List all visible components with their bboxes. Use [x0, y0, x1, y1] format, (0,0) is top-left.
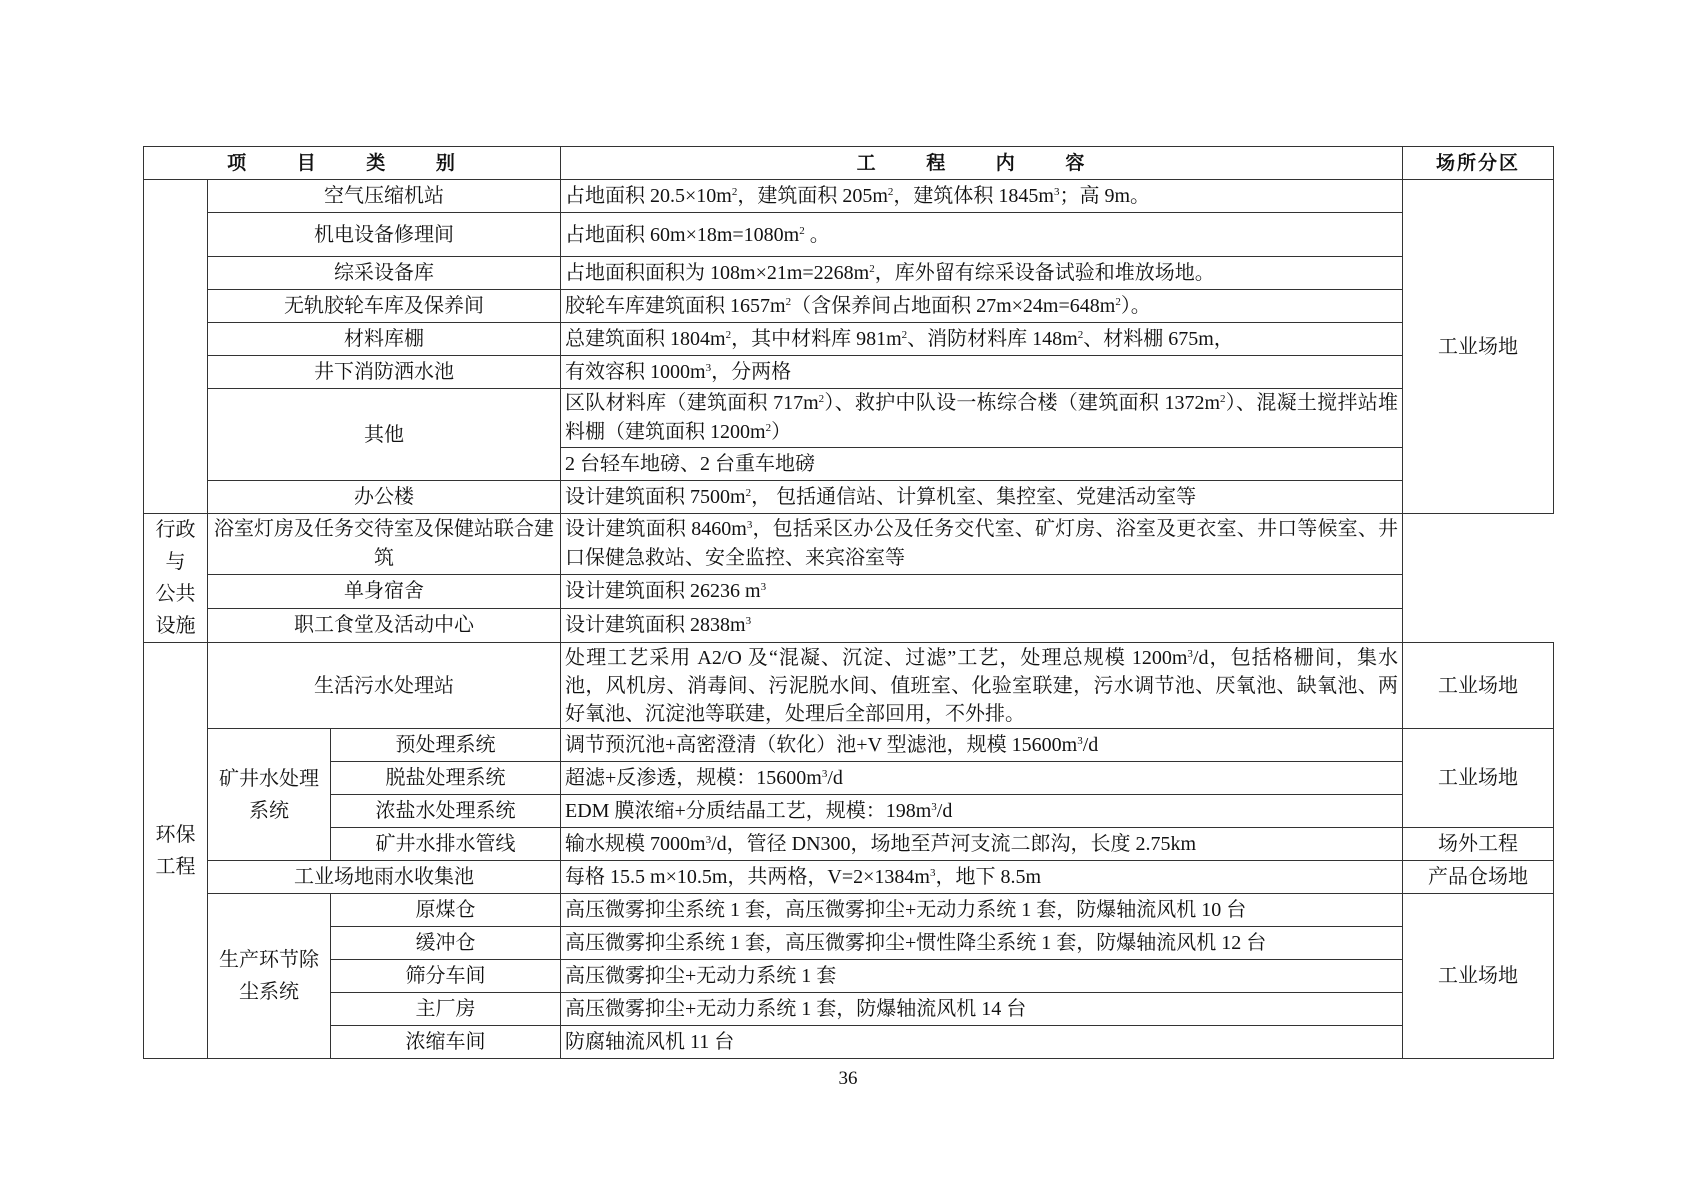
item-name: 主厂房 [331, 993, 561, 1026]
item-content: 输水规模 7000m3/d，管径 DN300，场地至芦河支流二郎沟，长度 2.7… [561, 828, 1403, 861]
item-name: 职工食堂及活动中心 [208, 608, 561, 642]
item-content: 高压微雾抑尘+无动力系统 1 套 [561, 960, 1403, 993]
item-name: 综采设备库 [208, 257, 561, 290]
item-name: 单身宿舍 [208, 574, 561, 608]
item-name: 机电设备修理间 [208, 213, 561, 257]
table-row: 其他 区队材料库（建筑面积 717m2）、救护中队设一栋综合楼（建筑面积 137… [144, 389, 1554, 448]
table-row: 筛分车间 高压微雾抑尘+无动力系统 1 套 [144, 960, 1554, 993]
item-content: 高压微雾抑尘系统 1 套，高压微雾抑尘+无动力系统 1 套，防爆轴流风机 10 … [561, 894, 1403, 927]
item-content: 处理工艺采用 A2/O 及“混凝、沉淀、过滤”工艺，处理总规模 1200m3/d… [561, 643, 1403, 729]
item-content: EDM 膜浓缩+分质结晶工艺，规模：198m3/d [561, 795, 1403, 828]
item-name: 预处理系统 [331, 729, 561, 762]
item-content: 占地面积 20.5×10m2，建筑面积 205m2，建筑体积 1845m3；高 … [561, 180, 1403, 213]
table-row: 脱盐处理系统 超滤+反渗透，规模：15600m3/d [144, 762, 1554, 795]
table-row: 单身宿舍 设计建筑面积 26236 m3 [144, 574, 1554, 608]
item-content: 设计建筑面积 8460m3，包括采区办公及任务交代室、矿灯房、浴室及更衣室、井口… [561, 514, 1403, 575]
item-content: 高压微雾抑尘系统 1 套，高压微雾抑尘+惯性降尘系统 1 套，防爆轴流风机 12… [561, 927, 1403, 960]
table-row: 工业场地雨水收集池 每格 15.5 m×10.5m，共两格，V=2×1384m3… [144, 861, 1554, 894]
item-name: 空气压缩机站 [208, 180, 561, 213]
item-name: 井下消防洒水池 [208, 356, 561, 389]
item-content: 占地面积 60m×18m=1080m2 。 [561, 213, 1403, 257]
category-cell-blank [144, 180, 208, 514]
category-env: 环保工程 [144, 643, 208, 1059]
header-category: 项 目 类 别 [144, 147, 561, 180]
item-content: 总建筑面积 1804m2，其中材料库 981m2、消防材料库 148m2、材料棚… [561, 323, 1403, 356]
project-composition-table: 项 目 类 别 工 程 内 容 场所分区 空气压缩机站 占地面积 20.5×10… [143, 146, 1554, 1059]
item-content: 设计建筑面积 7500m2， 包括通信站、计算机室、集控室、党建活动室等 [561, 481, 1403, 514]
item-name: 办公楼 [208, 481, 561, 514]
zone-cell: 工业场地 [1403, 729, 1554, 828]
table-header-row: 项 目 类 别 工 程 内 容 场所分区 [144, 147, 1554, 180]
zone-cell: 工业场地 [1403, 180, 1554, 514]
zone-cell: 工业场地 [1403, 643, 1554, 729]
item-name: 生活污水处理站 [208, 643, 561, 729]
table-row: 浓盐水处理系统 EDM 膜浓缩+分质结晶工艺，规模：198m3/d [144, 795, 1554, 828]
table-row: 机电设备修理间 占地面积 60m×18m=1080m2 。 [144, 213, 1554, 257]
table-row: 生产环节除尘系统 原煤仓 高压微雾抑尘系统 1 套，高压微雾抑尘+无动力系统 1… [144, 894, 1554, 927]
item-name: 矿井水排水管线 [331, 828, 561, 861]
item-content: 每格 15.5 m×10.5m，共两格，V=2×1384m3，地下 8.5m [561, 861, 1403, 894]
item-name: 材料库棚 [208, 323, 561, 356]
document-page: 项 目 类 别 工 程 内 容 场所分区 空气压缩机站 占地面积 20.5×10… [0, 0, 1696, 1199]
item-name: 浓缩车间 [331, 1026, 561, 1059]
item-name: 缓冲仓 [331, 927, 561, 960]
item-content: 区队材料库（建筑面积 717m2）、救护中队设一栋综合楼（建筑面积 1372m2… [561, 389, 1403, 448]
item-content: 超滤+反渗透，规模：15600m3/d [561, 762, 1403, 795]
table-row: 行政与公共设施 浴室灯房及任务交待室及保健站联合建筑 设计建筑面积 8460m3… [144, 514, 1554, 575]
item-content: 设计建筑面积 2838m3 [561, 608, 1403, 642]
table-row: 矿井水排水管线 输水规模 7000m3/d，管径 DN300，场地至芦河支流二郎… [144, 828, 1554, 861]
item-name: 无轨胶轮车库及保养间 [208, 290, 561, 323]
item-name: 脱盐处理系统 [331, 762, 561, 795]
group-dust: 生产环节除尘系统 [208, 894, 331, 1059]
category-admin: 行政与公共设施 [144, 514, 208, 643]
table-row: 缓冲仓 高压微雾抑尘系统 1 套，高压微雾抑尘+惯性降尘系统 1 套，防爆轴流风… [144, 927, 1554, 960]
zone-cell: 场外工程 [1403, 828, 1554, 861]
item-content: 胶轮车库建筑面积 1657m2（含保养间占地面积 27m×24m=648m2）。 [561, 290, 1403, 323]
table-row: 浓缩车间 防腐轴流风机 11 台 [144, 1026, 1554, 1059]
table-row: 环保工程 生活污水处理站 处理工艺采用 A2/O 及“混凝、沉淀、过滤”工艺，处… [144, 643, 1554, 729]
table-row: 井下消防洒水池 有效容积 1000m3，分两格 [144, 356, 1554, 389]
table-row: 职工食堂及活动中心 设计建筑面积 2838m3 [144, 608, 1554, 642]
item-content: 2 台轻车地磅、2 台重车地磅 [561, 448, 1403, 481]
table-row: 矿井水处理系统 预处理系统 调节预沉池+高密澄清（软化）池+V 型滤池，规模 1… [144, 729, 1554, 762]
item-name: 浓盐水处理系统 [331, 795, 561, 828]
item-content: 防腐轴流风机 11 台 [561, 1026, 1403, 1059]
zone-cell: 工业场地 [1403, 894, 1554, 1059]
table-row: 材料库棚 总建筑面积 1804m2，其中材料库 981m2、消防材料库 148m… [144, 323, 1554, 356]
item-name: 筛分车间 [331, 960, 561, 993]
zone-cell: 产品仓场地 [1403, 861, 1554, 894]
page-number: 36 [0, 1068, 1696, 1090]
item-content: 占地面积面积为 108m×21m=2268m2，库外留有综采设备试验和堆放场地。 [561, 257, 1403, 290]
table-row: 办公楼 设计建筑面积 7500m2， 包括通信站、计算机室、集控室、党建活动室等 [144, 481, 1554, 514]
item-content: 高压微雾抑尘+无动力系统 1 套，防爆轴流风机 14 台 [561, 993, 1403, 1026]
item-content: 有效容积 1000m3，分两格 [561, 356, 1403, 389]
table-row: 主厂房 高压微雾抑尘+无动力系统 1 套，防爆轴流风机 14 台 [144, 993, 1554, 1026]
group-mine-water: 矿井水处理系统 [208, 729, 331, 861]
header-zone: 场所分区 [1403, 147, 1554, 180]
item-name: 原煤仓 [331, 894, 561, 927]
item-content: 设计建筑面积 26236 m3 [561, 574, 1403, 608]
item-name: 浴室灯房及任务交待室及保健站联合建筑 [208, 514, 561, 575]
table-row: 无轨胶轮车库及保养间 胶轮车库建筑面积 1657m2（含保养间占地面积 27m×… [144, 290, 1554, 323]
header-content: 工 程 内 容 [561, 147, 1403, 180]
item-name: 工业场地雨水收集池 [208, 861, 561, 894]
item-content: 调节预沉池+高密澄清（软化）池+V 型滤池，规模 15600m3/d [561, 729, 1403, 762]
table-row: 综采设备库 占地面积面积为 108m×21m=2268m2，库外留有综采设备试验… [144, 257, 1554, 290]
table-row: 空气压缩机站 占地面积 20.5×10m2，建筑面积 205m2，建筑体积 18… [144, 180, 1554, 213]
item-name: 其他 [208, 389, 561, 481]
